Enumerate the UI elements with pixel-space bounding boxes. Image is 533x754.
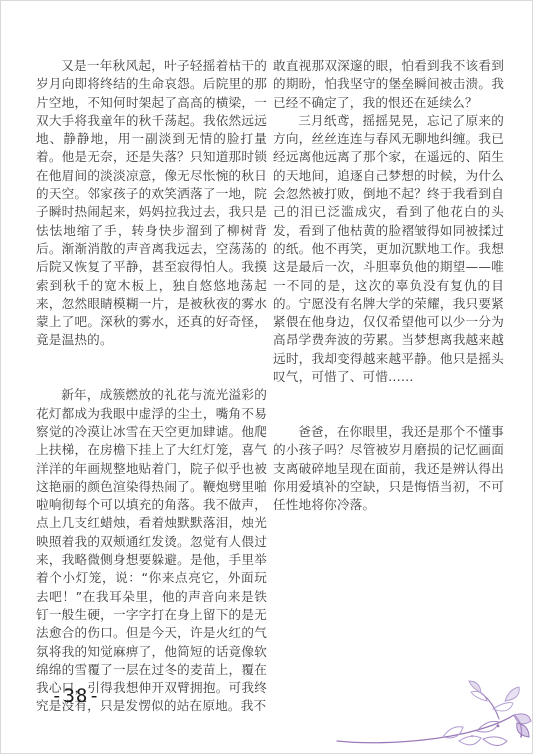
text-column-right: 敢直视那双深邃的眼，怕看到我不该看到的期盼，怕我坚守的堡垒瞬间被击溃。我已经不确… — [273, 57, 504, 514]
paragraph: 敢直视那双深邃的眼，怕看到我不该看到的期盼，怕我坚守的堡垒瞬间被击溃。我已经不确… — [273, 57, 504, 112]
paragraph: 又是一年秋风起，叶子轻摇着枯干的岁月向即将终结的生命哀怨。后院里的那片空地，不知… — [36, 57, 267, 350]
paragraph: 三月纸鸢，摇摇晃晃，忘记了原来的方向，丝丝连连与春风无聊地纠缠。我已经远离他远离… — [273, 112, 504, 386]
paragraph: 爸爸，在你眼里，我还是那个不懂事的小孩子吗？尽管被岁月磨损的记忆画面支离破碎地呈… — [273, 423, 504, 514]
document-page: 又是一年秋风起，叶子轻摇着枯干的岁月向即将终结的生命哀怨。后院里的那片空地，不知… — [0, 0, 533, 754]
paragraph: 新年，成簇燃放的礼花与流光溢彩的花灯都成为我眼中虚浮的尘土，嘴角不易察觉的冷漠让… — [36, 386, 267, 715]
text-column-left: 又是一年秋风起，叶子轻摇着枯干的岁月向即将终结的生命哀怨。后院里的那片空地，不知… — [36, 57, 267, 716]
page-number: -38- — [51, 685, 101, 707]
vine-flourish-icon — [331, 679, 532, 753]
